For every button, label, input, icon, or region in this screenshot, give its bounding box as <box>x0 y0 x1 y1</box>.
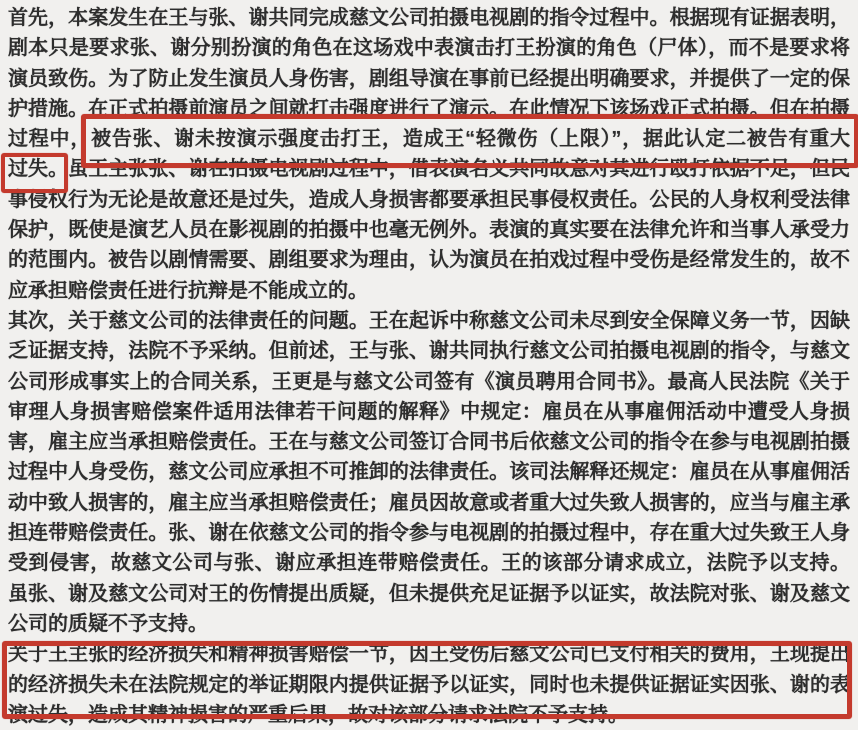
text-line: 首先，本案发生在王与张、谢共同完成慈文公司拍摄电视剧的指令过程中。根据现有证据表… <box>8 3 850 33</box>
document-page: 首先，本案发生在王与张、谢共同完成慈文公司拍摄电视剧的指令过程中。根据现有证据表… <box>0 0 858 730</box>
text-line: 害，雇主应当承担赔偿责任。王在与慈文公司签订合同书后依慈文公司的指令在参与电视剧… <box>8 427 850 457</box>
text-line: 应承担赔偿责任进行抗辩是不能成立的。 <box>8 276 850 306</box>
text-line: 演员致伤。为了防止发生演员人身伤害，剧组导演在事前已经提出明确要求，并提供了一定… <box>8 64 850 94</box>
text-line: 事侵权行为无论是故意还是过失，造成人身损害都要承担民事侵权责任。公民的人身权利受… <box>8 185 850 215</box>
text-line: 演过失，造成其精神损害的严重后果，故对该部分请求法院不予支持。 <box>8 700 850 730</box>
text-line: 保护，既使是演艺人员在影视剧的拍摄中也毫无例外。表演的真实要在法律允许和当事人承… <box>8 215 850 245</box>
text-line: 动中致人损害的，雇主应当承担赔偿责任；雇员因故意或者重大过失致人损害的，应当与雇… <box>8 488 850 518</box>
text-line: 公司的质疑不予支持。 <box>8 609 850 639</box>
text-line: 剧本只是要求张、谢分别扮演的角色在这场戏中表演击打王扮演的角色（尸体），而不是要… <box>8 33 850 63</box>
text-line: 的经济损失未在法院规定的举证期限内提供证据予以证实，同时也未提供证据证实因张、谢… <box>8 670 850 700</box>
text-line: 过失。虽王主张张、谢在拍摄电视剧过程中，借表演名义共同故意对其进行殴打依据不足，… <box>8 154 850 184</box>
text-line: 虽张、谢及慈文公司对王的伤情提出质疑，但未提供充足证据予以证实，故法院对张、谢及… <box>8 579 850 609</box>
document-text-column: 首先，本案发生在王与张、谢共同完成慈文公司拍摄电视剧的指令过程中。根据现有证据表… <box>8 3 850 730</box>
text-line: 的范围内。被告以剧情需要、剧组要求为理由，认为演员在拍戏过程中受伤是经常发生的，… <box>8 245 850 275</box>
text-line: 审理人身损害赔偿案件适用法律若干问题的解释》中规定：雇员在从事雇佣活动中遭受人身… <box>8 397 850 427</box>
text-line: 护措施。在正式拍摄前演员之间就打击强度进行了演示。在此情况下该场戏正式拍摄。但在… <box>8 94 850 124</box>
text-line: 过程中，被告张、谢未按演示强度击打王，造成王“轻微伤（上限）”，据此认定二被告有… <box>8 124 850 154</box>
text-line: 公司形成事实上的合同关系，王更是与慈文公司签有《演员聘用合同书》。最高人民法院《… <box>8 367 850 397</box>
text-line: 受到侵害，故慈文公司与张、谢应承担连带赔偿责任。王的该部分请求成立，法院予以支持… <box>8 548 850 578</box>
text-line: 过程中人身受伤，慈文公司应承担不可推卸的法律责任。该司法解释还规定：雇员在从事雇… <box>8 457 850 487</box>
text-line: 其次，关于慈文公司的法律责任的问题。王在起诉中称慈文公司未尽到安全保障义务一节，… <box>8 306 850 336</box>
text-line: 关于王主张的经济损失和精神损害赔偿一节，因王受伤后慈文公司已支付相关的费用，王现… <box>8 639 850 669</box>
text-line: 乏证据支持，法院不予采纳。但前述，王与张、谢共同执行慈文公司拍摄电视剧的指令，与… <box>8 336 850 366</box>
text-line: 担连带赔偿责任。张、谢在依慈文公司的指令参与电视剧的拍摄过程中，存在重大过失致王… <box>8 518 850 548</box>
